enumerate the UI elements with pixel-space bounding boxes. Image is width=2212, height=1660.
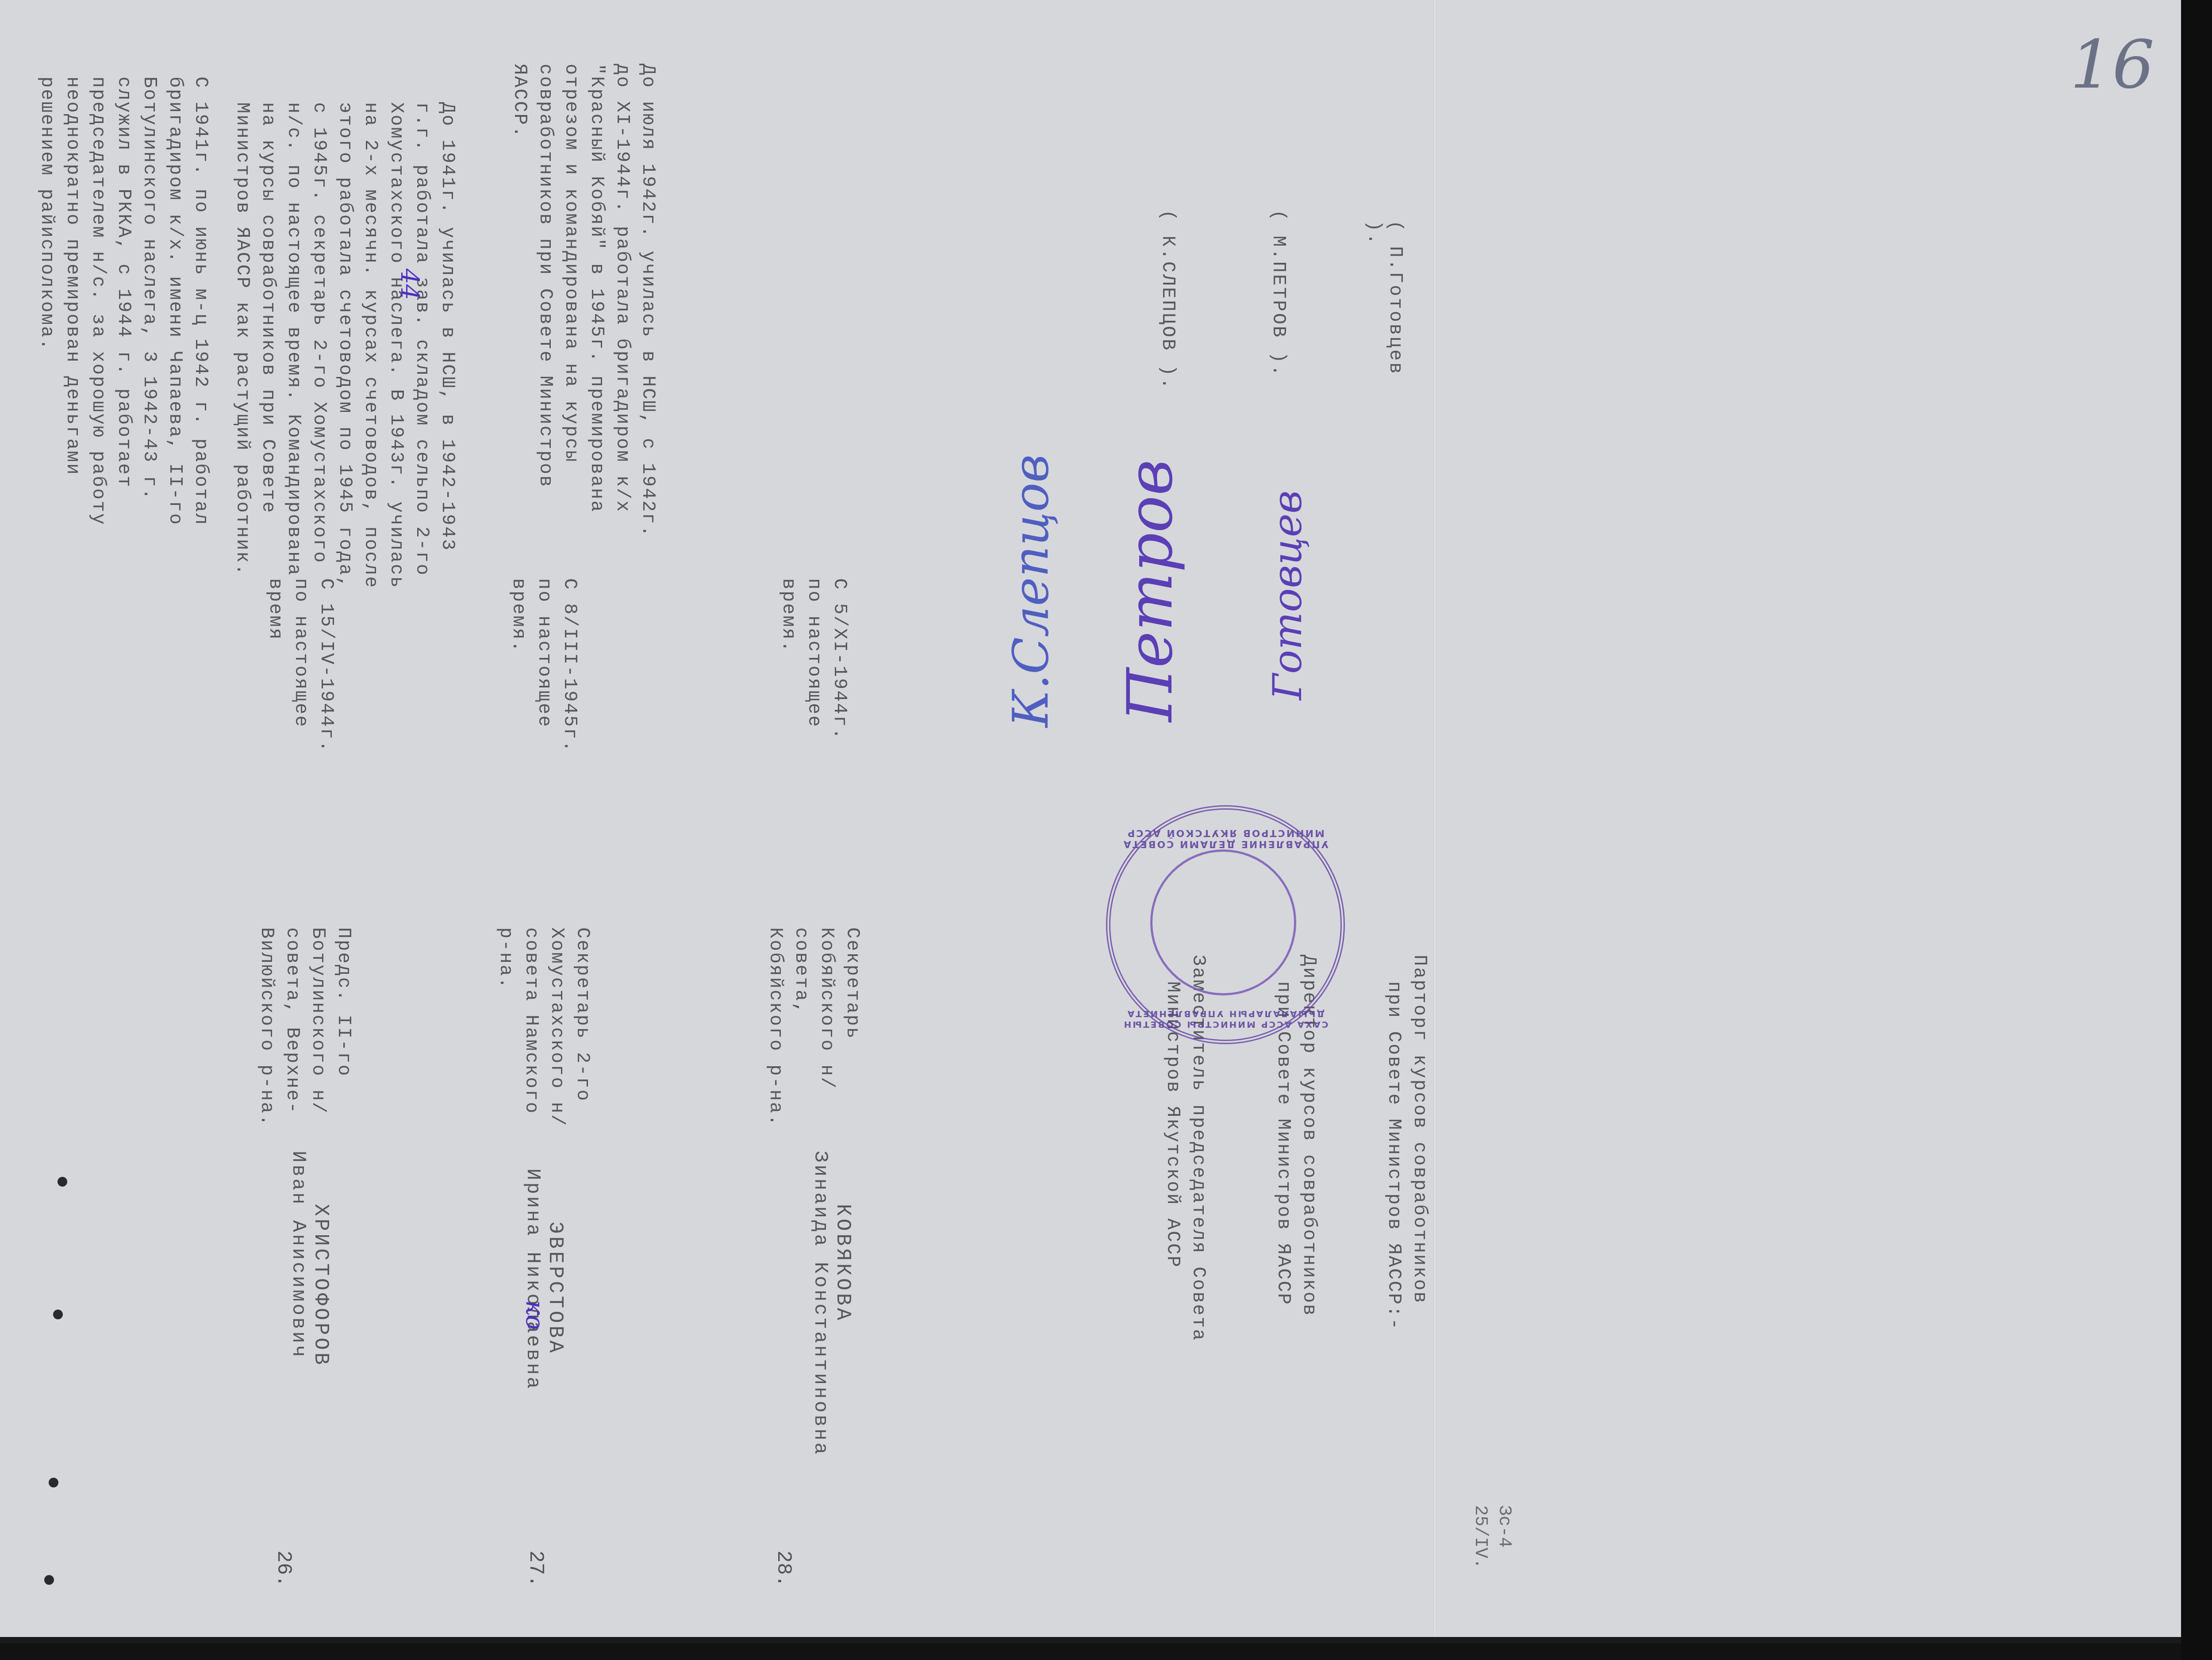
- row-26-biography: С 1941г. по июнь м-ц 1942 г. работал бри…: [34, 77, 214, 563]
- surname: КОВЯКОВА: [831, 1151, 854, 1549]
- row-28-position: Секретарь Кобяйского н/совета, Кобяйског…: [763, 927, 865, 1131]
- signatory-3-title: Парторг курсов совработников при Совете …: [1381, 955, 1432, 1353]
- binding-hole: [44, 1575, 54, 1585]
- row-27-biography: До 1941г. училась в НСШ, в 1942-1943 г.г…: [230, 102, 461, 589]
- margin-note: Зс-4 25/IV.: [1468, 1505, 1516, 1569]
- row-27-position: Секретарь 2-го Хомустахского н/совета На…: [493, 927, 595, 1131]
- signatory-3-name: ( П.Готовцев ).: [1363, 220, 1406, 406]
- row-28-number: 28.: [772, 1551, 795, 1587]
- row-27-number: 27.: [524, 1551, 547, 1587]
- binding-hole: [49, 1478, 58, 1487]
- title-line-2: при Совете Министров ЯАССР:-: [1381, 955, 1407, 1353]
- row-28-biography: До июля 1942г. училась в НСШ, с 1942г. д…: [507, 64, 661, 550]
- handwritten-correction-name: ко: [520, 1300, 549, 1330]
- row-28-period: С 5/XI-1944г. по настоящее время.: [776, 578, 853, 764]
- signature-gotovcev: Готовцев: [1264, 490, 1311, 700]
- signature-slepcov: К.Слепцов: [1002, 454, 1059, 727]
- title-line-1: Парторг курсов совработников: [1407, 955, 1432, 1353]
- stamp-text-russian: УПРАВЛЕНИЕ ДЕЛАМИ СОВЕТА МИНИСТРОВ ЯКУТС…: [1110, 827, 1340, 849]
- margin-note-line-1: Зс-4: [1492, 1505, 1516, 1569]
- row-26-period: С 15/IV-1944г. по настоящее время: [262, 578, 339, 764]
- row-26-name: ХРИСТОФОРОВ Иван Анисимович: [287, 1151, 332, 1460]
- binding-hole: [58, 1177, 67, 1187]
- signature-petrov: Петров: [1114, 459, 1187, 722]
- stamp-text-yakut: САХА АССР МИНИСТРЫ СОВЕТЫН ДЬЫАЛАЛАРЫН У…: [1110, 1009, 1340, 1030]
- signatory-2-name: ( М.ПЕТРОВ ).: [1268, 210, 1289, 396]
- stamp-emblem: [1150, 849, 1296, 995]
- row-28-name: КОВЯКОВА Зинаида Константиновна: [809, 1151, 854, 1549]
- handwritten-correction-year: 44: [395, 269, 424, 300]
- typed-table: С 1941г. по июнь м-ц 1942 г. работал бри…: [0, 0, 2212, 1637]
- signatory-1-name: ( К.СЛЕПЦОВ ).: [1157, 210, 1179, 396]
- row-26-position: Предс. II-го Ботулинского н/совета, Верх…: [254, 927, 357, 1131]
- margin-note-line-2: 25/IV.: [1468, 1505, 1492, 1569]
- official-stamp: УПРАВЛЕНИЕ ДЕЛАМИ СОВЕТА МИНИСТРОВ ЯКУТС…: [1106, 805, 1345, 1044]
- row-27-period: С 8/III-1945г. по настоящее время.: [506, 578, 583, 764]
- row-26-number: 26.: [272, 1551, 295, 1587]
- surname: ХРИСТОФОРОВ: [309, 1151, 332, 1460]
- given-names: Иван Анисимович: [287, 1151, 309, 1460]
- binding-hole: [53, 1310, 63, 1319]
- given-names: Зинаида Константиновна: [809, 1151, 831, 1549]
